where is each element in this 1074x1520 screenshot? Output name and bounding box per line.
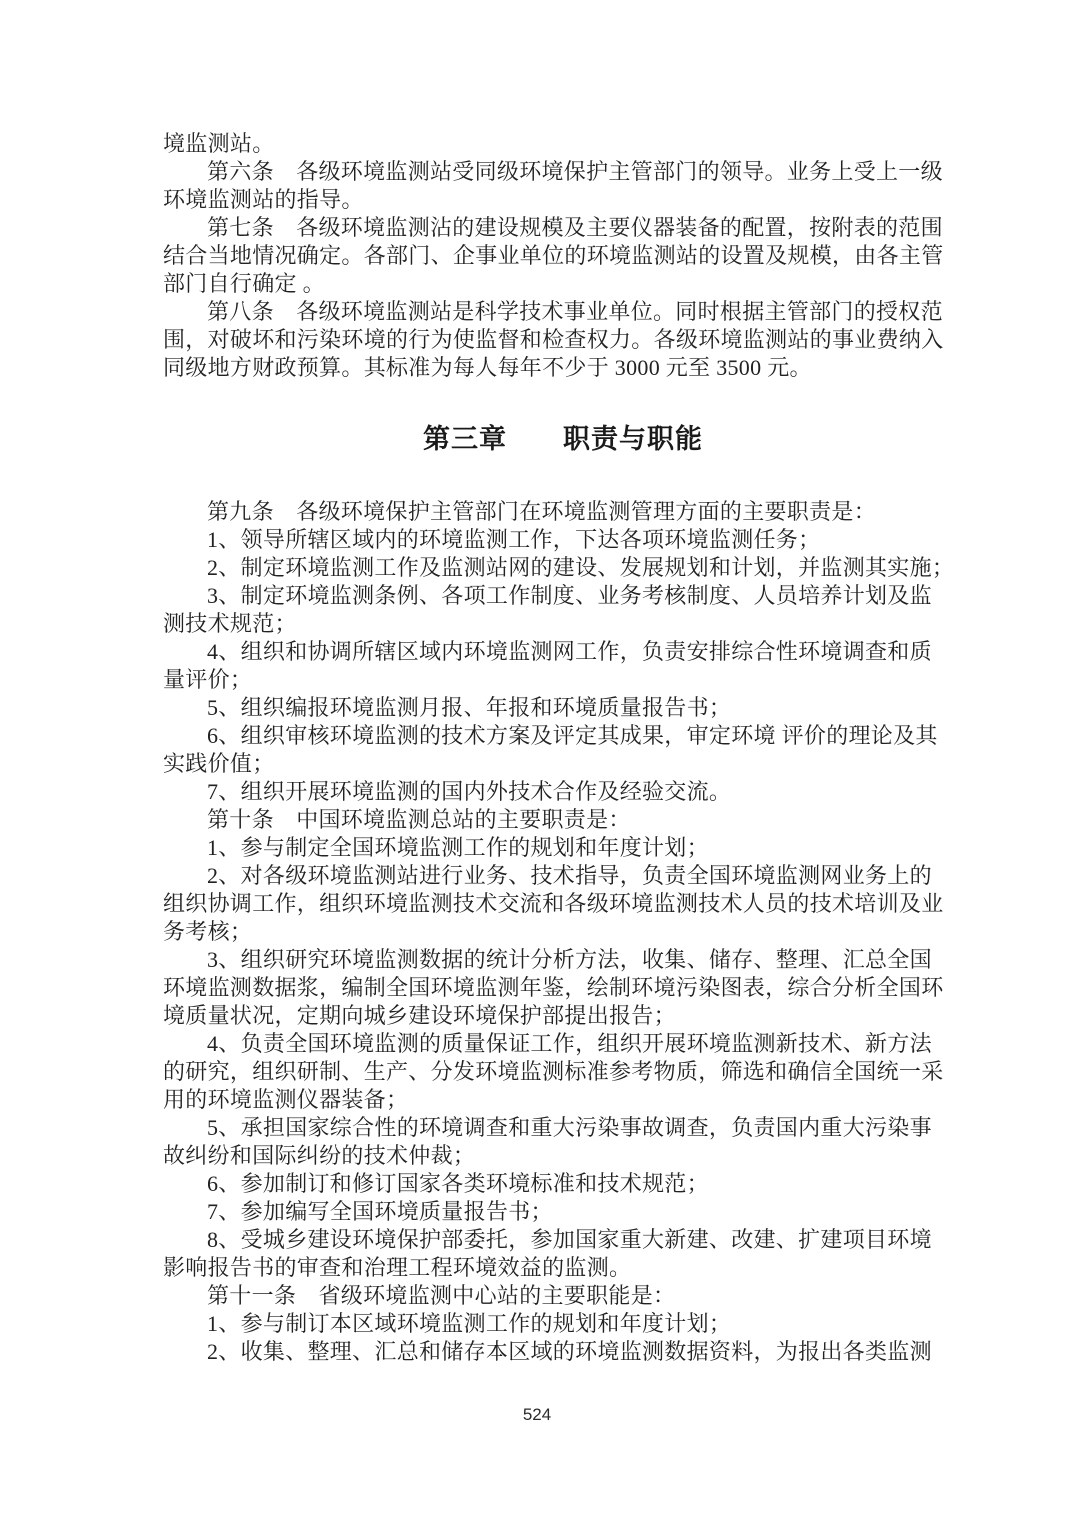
text-line: 7、参加编写全国环境质量报告书；: [163, 1198, 1003, 1226]
text-line: 用的环境监测仪器装备；: [163, 1086, 1003, 1114]
page-number: 524: [0, 1405, 1074, 1425]
text-line: 境监测站。: [163, 130, 1003, 158]
text-line: 量评价；: [163, 666, 1003, 694]
text-line: 第六条 各级环境监测站受同级环境保护主管部门的领导。业务上受上一级: [163, 158, 1003, 186]
text-line: 环境监测站的指导。: [163, 186, 1003, 214]
text-line: 1、参与制订本区域环境监测工作的规划和年度计划；: [163, 1310, 1003, 1338]
document-page: 境监测站。第六条 各级环境监测站受同级环境保护主管部门的领导。业务上受上一级环境…: [0, 0, 1074, 1520]
text-line: 组织协调工作，组织环境监测技术交流和各级环境监测技术人员的技术培训及业: [163, 890, 1003, 918]
text-line: 故纠纷和国际纠纷的技术仲裁；: [163, 1142, 1003, 1170]
text-line: 围，对破坏和污染环境的行为使监督和检查权力。各级环境监测站的事业费纳入: [163, 326, 1003, 354]
text-line: 5、承担国家综合性的环境调查和重大污染事故调查，负责国内重大污染事: [163, 1114, 1003, 1142]
text-line: 7、组织开展环境监测的国内外技术合作及经验交流。: [163, 778, 1003, 806]
text-line: 2、收集、整理、汇总和储存本区域的环境监测数据资料，为报出各类监测: [163, 1338, 1003, 1366]
text-line: 结合当地情况确定。各部门、企事业单位的环境监测站的设置及规模，由各主管: [163, 242, 1003, 270]
text-line: 务考核；: [163, 918, 1003, 946]
text-line: 同级地方财政预算。其标准为每人每年不少于 3000 元至 3500 元。: [163, 354, 1003, 382]
text-line: 环境监测数据浆，编制全国环境监测年鉴，绘制环境污染图表，综合分析全国环: [163, 974, 1003, 1002]
text-line: 1、领导所辖区域内的环境监测工作，下达各项环境监测任务；: [163, 526, 1003, 554]
text-line: 部门自行确定 。: [163, 270, 1003, 298]
text-line: 2、对各级环境监测站进行业务、技术指导，负责全国环境监测网业务上的: [163, 862, 1003, 890]
text-line: 第八条 各级环境监测站是科学技术事业单位。同时根据主管部门的授权范: [163, 298, 1003, 326]
text-line: 5、组织编报环境监测月报、年报和环境质量报告书；: [163, 694, 1003, 722]
text-line: 4、负责全国环境监测的质量保证工作，组织开展环境监测新技术、新方法: [163, 1030, 1003, 1058]
text-line: 第七条 各级环境监测沾的建设规模及主要仪器装备的配置，按附表的范围: [163, 214, 1003, 242]
text-line: 的研究，组织研制、生产、分发环境监测标准参考物质，筛选和确信全国统一采: [163, 1058, 1003, 1086]
text-line: 测技术规范；: [163, 610, 1003, 638]
text-line: 3、组织研究环境监测数据的统计分析方法，收集、储存、整理、汇总全国: [163, 946, 1003, 974]
text-line: 2、制定环境监测工作及监测站网的建设、发展规划和计划，并监测其实施；: [163, 554, 1003, 582]
document-lines: 境监测站。第六条 各级环境监测站受同级环境保护主管部门的领导。业务上受上一级环境…: [163, 130, 1003, 1366]
text-line: 境质量状况，定期向城乡建设环境保护部提出报告；: [163, 1002, 1003, 1030]
text-line: 1、参与制定全国环境监测工作的规划和年度计划；: [163, 834, 1003, 862]
text-line: 第十条 中国环境监测总站的主要职责是：: [163, 806, 1003, 834]
text-line: 3、制定环境监测条例、各项工作制度、业务考核制度、人员培养计划及监: [163, 582, 1003, 610]
text-line: 影响报告书的审查和治理工程环境效益的监测。: [163, 1254, 1003, 1282]
text-line: 第九条 各级环境保护主管部门在环境监测管理方面的主要职责是：: [163, 498, 1003, 526]
text-line: 第十一条 省级环境监测中心站的主要职能是：: [163, 1282, 1003, 1310]
text-line: 实践价值；: [163, 750, 1003, 778]
text-line: 8、受城乡建设环境保护部委托，参加国家重大新建、改建、扩建项目环境: [163, 1226, 1003, 1254]
text-line: 6、组织审核环境监测的技术方案及评定其成果，审定环境 评价的理论及其: [163, 722, 1003, 750]
chapter-heading: 第三章 职责与职能: [163, 422, 963, 456]
text-line: 4、组织和协调所辖区域内环境监测网工作，负责安排综合性环境调查和质: [163, 638, 1003, 666]
text-line: 6、参加制订和修订国家各类环境标准和技术规范；: [163, 1170, 1003, 1198]
